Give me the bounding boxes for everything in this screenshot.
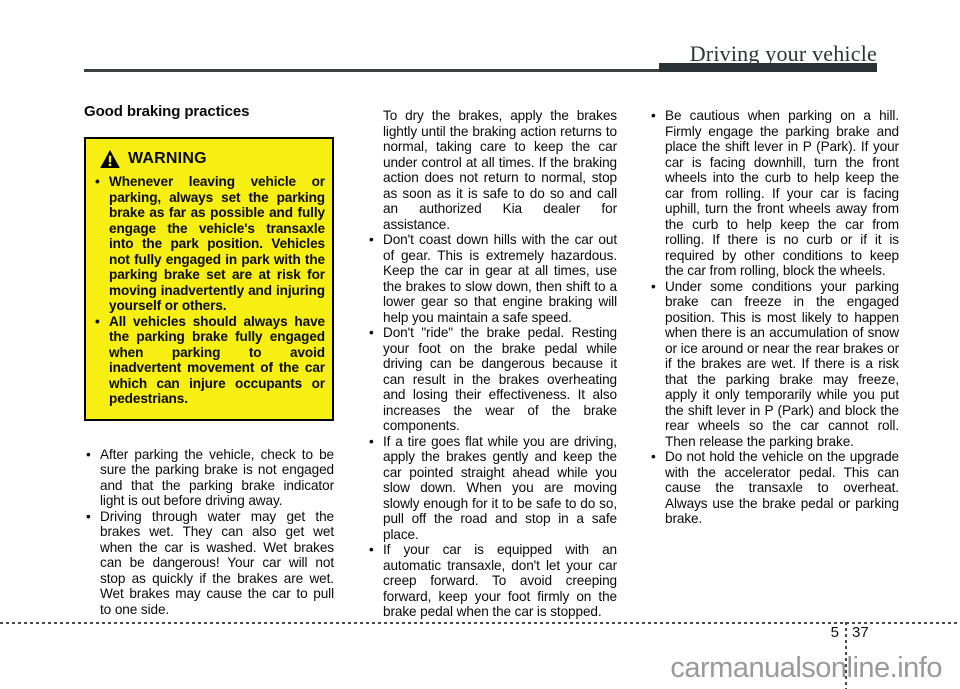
list-item: All vehicles should always have the park… — [93, 314, 325, 407]
list-item: Do not hold the vehicle on the upgrade w… — [649, 449, 899, 527]
footer-dashed-line — [0, 622, 960, 624]
list-item: Whenever leaving vehicle or parking, alw… — [93, 174, 325, 314]
warning-title: WARNING — [128, 150, 207, 168]
column-right: Be cautious when parking on a hill. Firm… — [649, 103, 899, 620]
page-number: 37 — [852, 624, 869, 641]
watermark: carmanualsonline.info — [670, 652, 942, 685]
left-bullet-list: After parking the vehicle, check to be s… — [84, 447, 334, 618]
content-columns: Good braking practices WARNING Whenever … — [84, 103, 899, 620]
continuation-paragraph: To dry the brakes, apply the brakes ligh… — [367, 108, 617, 232]
column-middle: To dry the brakes, apply the brakes ligh… — [367, 103, 617, 620]
list-item: After parking the vehicle, check to be s… — [84, 447, 334, 509]
section-heading: Good braking practices — [84, 103, 334, 121]
manual-page: Driving your vehicle Good braking practi… — [0, 0, 960, 689]
list-item: Driving through water may get the brakes… — [84, 509, 334, 618]
list-item: If your car is equipped with an automati… — [367, 542, 617, 620]
list-item: Under some conditions your parking brake… — [649, 279, 899, 450]
list-item: Don't "ride" the brake pedal. Resting yo… — [367, 325, 617, 434]
warning-box: WARNING Whenever leaving vehicle or park… — [84, 137, 334, 421]
warning-triangle-icon — [100, 150, 120, 168]
list-item: If a tire goes flat while you are drivin… — [367, 434, 617, 543]
header-accent-bar — [659, 63, 877, 72]
column-left: Good braking practices WARNING Whenever … — [84, 103, 334, 620]
warning-list: Whenever leaving vehicle or parking, alw… — [93, 174, 325, 407]
middle-bullet-list: Don't coast down hills with the car out … — [367, 232, 617, 620]
section-number: 5 — [831, 624, 839, 641]
warning-box-title-row: WARNING — [100, 150, 325, 168]
list-item: Don't coast down hills with the car out … — [367, 232, 617, 325]
footer-divider-line — [845, 622, 847, 689]
list-item: Be cautious when parking on a hill. Firm… — [649, 108, 899, 279]
right-bullet-list: Be cautious when parking on a hill. Firm… — [649, 108, 899, 527]
